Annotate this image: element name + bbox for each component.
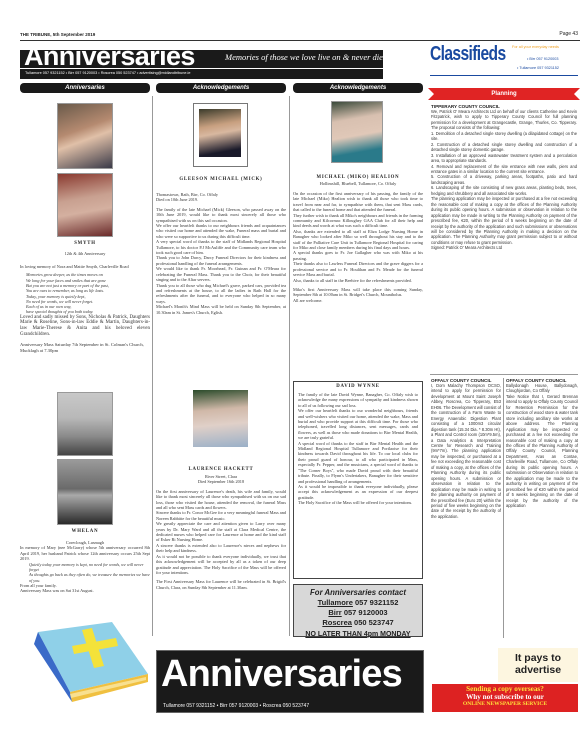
paragraph: A sincere thanks is extended also to Lau…	[156, 543, 286, 554]
contact-place: Roscrea	[322, 618, 352, 627]
photo-michael-healion	[331, 101, 383, 163]
whelan-mass: Anniversary Mass was on Sat 31st August.	[20, 588, 150, 593]
paragraph: Their thanks also to Lawless Funeral Dir…	[293, 261, 423, 277]
paragraph: The family of the late Michael (Mick) Gl…	[156, 207, 286, 223]
smyth-mass: Anniversary Mass Saturday 7th September …	[20, 342, 150, 353]
whelan-notice: Coreclough, Lusmagh In memory of Mary (n…	[20, 540, 150, 594]
paragraph: As it would not be possible to thank eve…	[156, 554, 286, 576]
whelan-body: In memory of Mary (nee McGarry) whose 5t…	[20, 545, 150, 561]
paragraph: We offer our heartfelt thanks to our won…	[298, 408, 418, 440]
offaly-notice-1: OFFALY COUNTY COUNCIL I, Dom Malachy Tho…	[431, 378, 501, 519]
paragraph: All are welcome.	[293, 298, 423, 303]
notice-name-smyth: SMYTH	[20, 241, 150, 246]
photo-michael-gleeson	[199, 109, 241, 157]
notice-name-whelan: WHELAN	[20, 529, 150, 534]
paragraph: A special word of thanks to the staff in…	[298, 441, 418, 484]
photo-nora-smyth	[57, 103, 113, 169]
offaly-body-2: Take Notice that I, Gerard Brennan inten…	[506, 394, 578, 509]
healion-notice: On the occasion of the first anniversary…	[293, 191, 423, 303]
subscribe-line-3: ONLINE NEWSPAPER SERVICE	[432, 701, 578, 709]
paragraph: We greatly appreciate the care and atten…	[156, 521, 286, 543]
smyth-family: Loved and sadly missed by Sons, Nicholas…	[20, 315, 150, 337]
contact-deadline: NO LATER THAN 4pm MONDAY	[299, 629, 417, 638]
contact-phone: 057 9120003	[344, 608, 388, 617]
it-pays-to-advertise: It pays to advertise	[498, 648, 578, 682]
whelan-poem: Quietly today your memory is kept, no ne…	[20, 562, 150, 583]
contact-phone: 057 9321152	[355, 598, 398, 607]
paragraph: On the occasion of the first anniversary…	[293, 191, 423, 213]
tipperary-signed: Signed: Patrick O' Meara Architects Ltd	[431, 245, 577, 250]
column-header-acknowledgements-2: Acknowledgements	[293, 83, 423, 93]
paragraph: Miko's first Anniversary Mass will take …	[293, 287, 423, 298]
paragraph: We would like to thank Fr. Moorhead, Fr.…	[156, 266, 286, 282]
column-divider	[289, 96, 290, 636]
paragraph: A very special word of thanks to the sta…	[156, 239, 286, 255]
gleeson-died: Died on 10th June 2019.	[156, 197, 286, 202]
photo-mary-whelan	[57, 392, 113, 456]
masthead-tagline: Memories of those we love live on & neve…	[225, 52, 383, 62]
paragraph: Also, thanks are extended to all staff a…	[293, 229, 423, 251]
column-header-acknowledgements-1: Acknowledgements	[156, 83, 286, 93]
classifieds-column-divider	[503, 378, 504, 638]
paragraph: Thank you to John Darcy, Darcy Funeral D…	[156, 255, 286, 266]
offaly-notice-2: OFFALY COUNTY COUNCIL Ballydonagh House,…	[506, 378, 578, 508]
page-number: Page 43	[559, 31, 578, 37]
paragraph: A special thanks goes to Fr. Joe Gallagh…	[293, 250, 423, 261]
contact-line-tullamore: Tullamore 057 9321152	[294, 598, 422, 607]
bottom-banner-title: Anniversaries	[161, 651, 402, 697]
planning-section-ribbon: Planning	[428, 88, 580, 100]
paragraph: The Holy Sacrifice of the Mass will be o…	[298, 500, 418, 505]
contact-line-birr: Birr 057 9120003	[294, 608, 422, 617]
poem-line: As thoughts go back as they often do, we…	[29, 572, 150, 583]
paragraph: We offer our heartfelt thanks to our nei…	[156, 223, 286, 239]
photo-mattie-smyth	[57, 173, 113, 237]
planning-label: Planning	[428, 88, 580, 100]
paragraph: Thank you to all those who dug Michael's…	[156, 283, 286, 305]
notice-name-healion: MICHAEL (MIKO) HEALION	[293, 175, 423, 180]
contact-box-title: For Anniversaries contact	[294, 588, 422, 597]
smyth-subtitle: 12th & 4th Anniversary	[20, 251, 150, 256]
anniversaries-masthead: Anniversaries Memories of those we love …	[20, 40, 383, 69]
bottom-banner-contact: Tullamore 057 9321152 • Birr 057 9120003…	[163, 703, 309, 709]
paragraph: Also, thanks to all staff in the Beehive…	[293, 278, 423, 283]
offaly-address-2: Ballydonagh House, Ballydonagh, Cloughjo…	[506, 383, 578, 394]
hackett-died: Died September 16th 2018	[156, 479, 286, 484]
notice-name-hackett: LAURENCE HACKETT	[156, 467, 286, 472]
photo-laurence-hackett	[193, 390, 248, 447]
hackett-notice: River Street, Clara Died September 16th …	[156, 474, 286, 590]
photo-patrick-whelan	[57, 459, 113, 525]
subscribe-line-2: Why not subscribe to our	[432, 694, 578, 702]
contact-place: Tullamore	[318, 598, 353, 607]
proposal-item: 3. Installation of an approved wastewate…	[431, 153, 577, 164]
classifieds-tullamore-phone: • Tullamore 057 9321152	[517, 66, 559, 70]
poem-line: Quietly today your memory is kept, no ne…	[29, 562, 150, 573]
anniversaries-contact-box: For Anniversaries contact Tullamore 057 …	[293, 584, 423, 637]
notice-divider	[430, 374, 578, 375]
tipperary-intro: We, Patrick O' Meara Architects Ltd on b…	[431, 109, 577, 131]
masthead-title: Anniversaries	[24, 44, 195, 68]
classifieds-tagline: For all your everyday needs	[512, 45, 559, 49]
masthead-contact: Tullamore 057 9321152 • Birr 057 9120003…	[25, 71, 191, 75]
paragraph: Sincere thanks to Fr. Conor McGee for a …	[156, 510, 286, 521]
bottom-anniversaries-banner: Anniversaries Tullamore 057 9321152 • Bi…	[156, 650, 424, 713]
tipperary-notice: TIPPERARY COUNTY COUNCIL We, Patrick O' …	[431, 104, 577, 251]
gleeson-notice: Thomastown, Rath, Birr, Co. Offaly Died …	[156, 192, 286, 315]
smyth-notice: In loving memory of Nora and Mattie Smyt…	[20, 264, 150, 353]
smyth-poem: Memories grow deeper, as the times moves…	[20, 272, 150, 314]
paragraph: On the first anniversary of Laurence's d…	[156, 489, 286, 511]
paragraph: They further wish to thank all Miko's ne…	[293, 213, 423, 229]
proposal-item: 2. Construction of a detached single sto…	[431, 142, 577, 153]
proposal-item: 6. Landscaping of the site consisting of…	[431, 185, 577, 196]
tipperary-body: The planning application may be inspecte…	[431, 196, 577, 245]
smyth-intro: In loving memory of Nora and Mattie Smyt…	[20, 264, 150, 269]
publication-date: THE TRIBUNE, 5th September 2019	[20, 32, 95, 37]
masthead-contact-bar: Tullamore 057 9321152 • Birr 057 9120003…	[20, 69, 383, 79]
paragraph: Michael's Month's Mind Mass will be held…	[156, 304, 286, 315]
notice-name-wynne: DAVID WYNNE	[298, 384, 418, 389]
contact-phone: 050 523747	[354, 618, 394, 627]
classifieds-birr-phone: • Birr 057 9120003	[527, 57, 559, 61]
contact-place: Birr	[328, 608, 341, 617]
paragraph: The family of the late David Wynne, Bana…	[298, 392, 418, 408]
notice-name-gleeson: GLEESON MICHAEL (MICK)	[156, 177, 286, 182]
proposal-item: 1. Demolition of a detached single store…	[431, 131, 577, 142]
wynne-notice-box: DAVID WYNNE The family of the late David…	[293, 381, 423, 579]
subscribe-online-banner[interactable]: Sending a copy overseas? Why not subscri…	[432, 684, 578, 712]
classifieds-rule	[430, 75, 578, 76]
column-header-anniversaries: Anniversaries	[20, 83, 150, 93]
offaly-body-1: I, Dom Malachy Thompson OCSO, intend to …	[431, 383, 501, 519]
paragraph: The First Anniversary Mass for Laurence …	[156, 579, 286, 590]
healion-address: Hollimshill, Bluebell, Tullamore, Co. Of…	[293, 181, 423, 186]
prayer-book-icon	[20, 622, 148, 702]
contact-line-roscrea: Roscrea 050 523747	[294, 618, 422, 627]
proposal-item: 5. Construction of a driveway, parking a…	[431, 174, 577, 185]
proposal-item: 4. Removal and replacement of the site e…	[431, 164, 577, 175]
paragraph: As it would be impossible to thank every…	[298, 484, 418, 500]
classifieds-title: Classifieds	[430, 43, 506, 65]
column-divider	[152, 96, 153, 636]
